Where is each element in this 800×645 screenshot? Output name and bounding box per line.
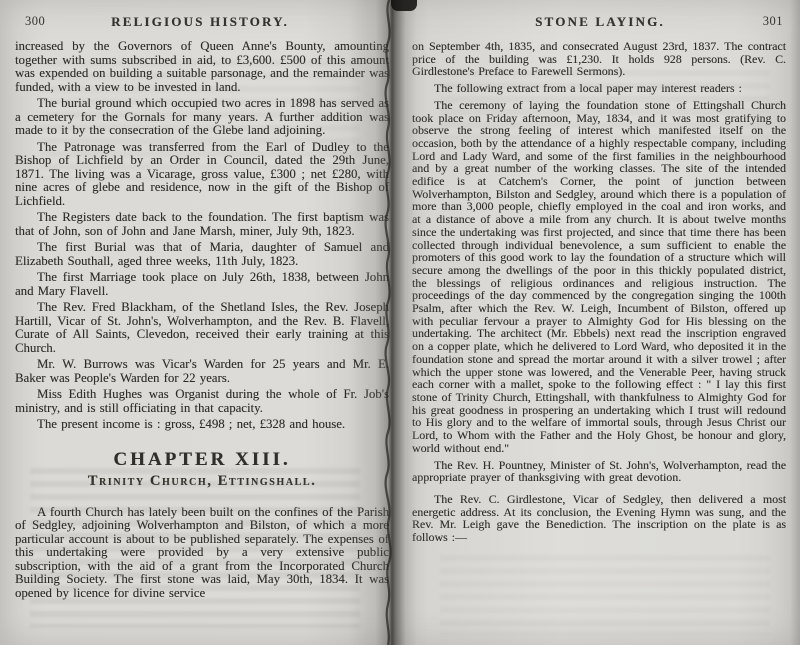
paragraph: increased by the Governors of Queen Anne…: [15, 40, 389, 94]
left-running-head: 300 RELIGIOUS HISTORY.: [0, 14, 400, 34]
paragraph: The Rev. H. Pountney, Minister of St. Jo…: [412, 459, 786, 484]
right-header-title: STONE LAYING.: [400, 14, 800, 30]
right-page-number: 301: [763, 14, 783, 29]
right-page-body: on September 4th, 1835, and consecrated …: [412, 40, 786, 548]
paragraph: Mr. W. Burrows was Vicar's Warden for 25…: [15, 358, 389, 385]
paragraph: The first Marriage took place on July 26…: [15, 271, 389, 298]
paragraph: The present income is : gross, £498 ; ne…: [15, 418, 389, 432]
paragraph: The Rev. C. Girdlestone, Vicar of Sedgle…: [412, 493, 786, 544]
paragraph: The Patronage was transferred from the E…: [15, 141, 389, 209]
paragraph: The following extract from a local paper…: [412, 82, 786, 95]
right-running-head: STONE LAYING. 301: [400, 14, 800, 34]
chapter-heading: CHAPTER XIII.: [15, 453, 389, 467]
paragraph: The first Burial was that of Maria, daug…: [15, 241, 389, 268]
right-page: STONE LAYING. 301 on September 4th, 1835…: [400, 0, 800, 645]
left-header-title: RELIGIOUS HISTORY.: [0, 14, 400, 30]
paragraph: The Rev. Fred Blackham, of the Shetland …: [15, 301, 389, 355]
chapter-subheading: Trinity Church, Ettingshall.: [15, 475, 389, 489]
paragraph: A fourth Church has lately been built on…: [15, 506, 389, 601]
paragraph: Miss Edith Hughes was Organist during th…: [15, 388, 389, 415]
paragraph: The Registers date back to the foundatio…: [15, 211, 389, 238]
left-page: 300 RELIGIOUS HISTORY. increased by the …: [0, 0, 400, 645]
paragraph: The burial ground which occupied two acr…: [15, 97, 389, 138]
book-scan: 300 RELIGIOUS HISTORY. increased by the …: [0, 0, 800, 645]
paragraph: on September 4th, 1835, and consecrated …: [412, 40, 786, 78]
left-page-body: increased by the Governors of Queen Anne…: [15, 40, 389, 603]
extract-paragraph: The ceremony of laying the foundation st…: [412, 99, 786, 455]
